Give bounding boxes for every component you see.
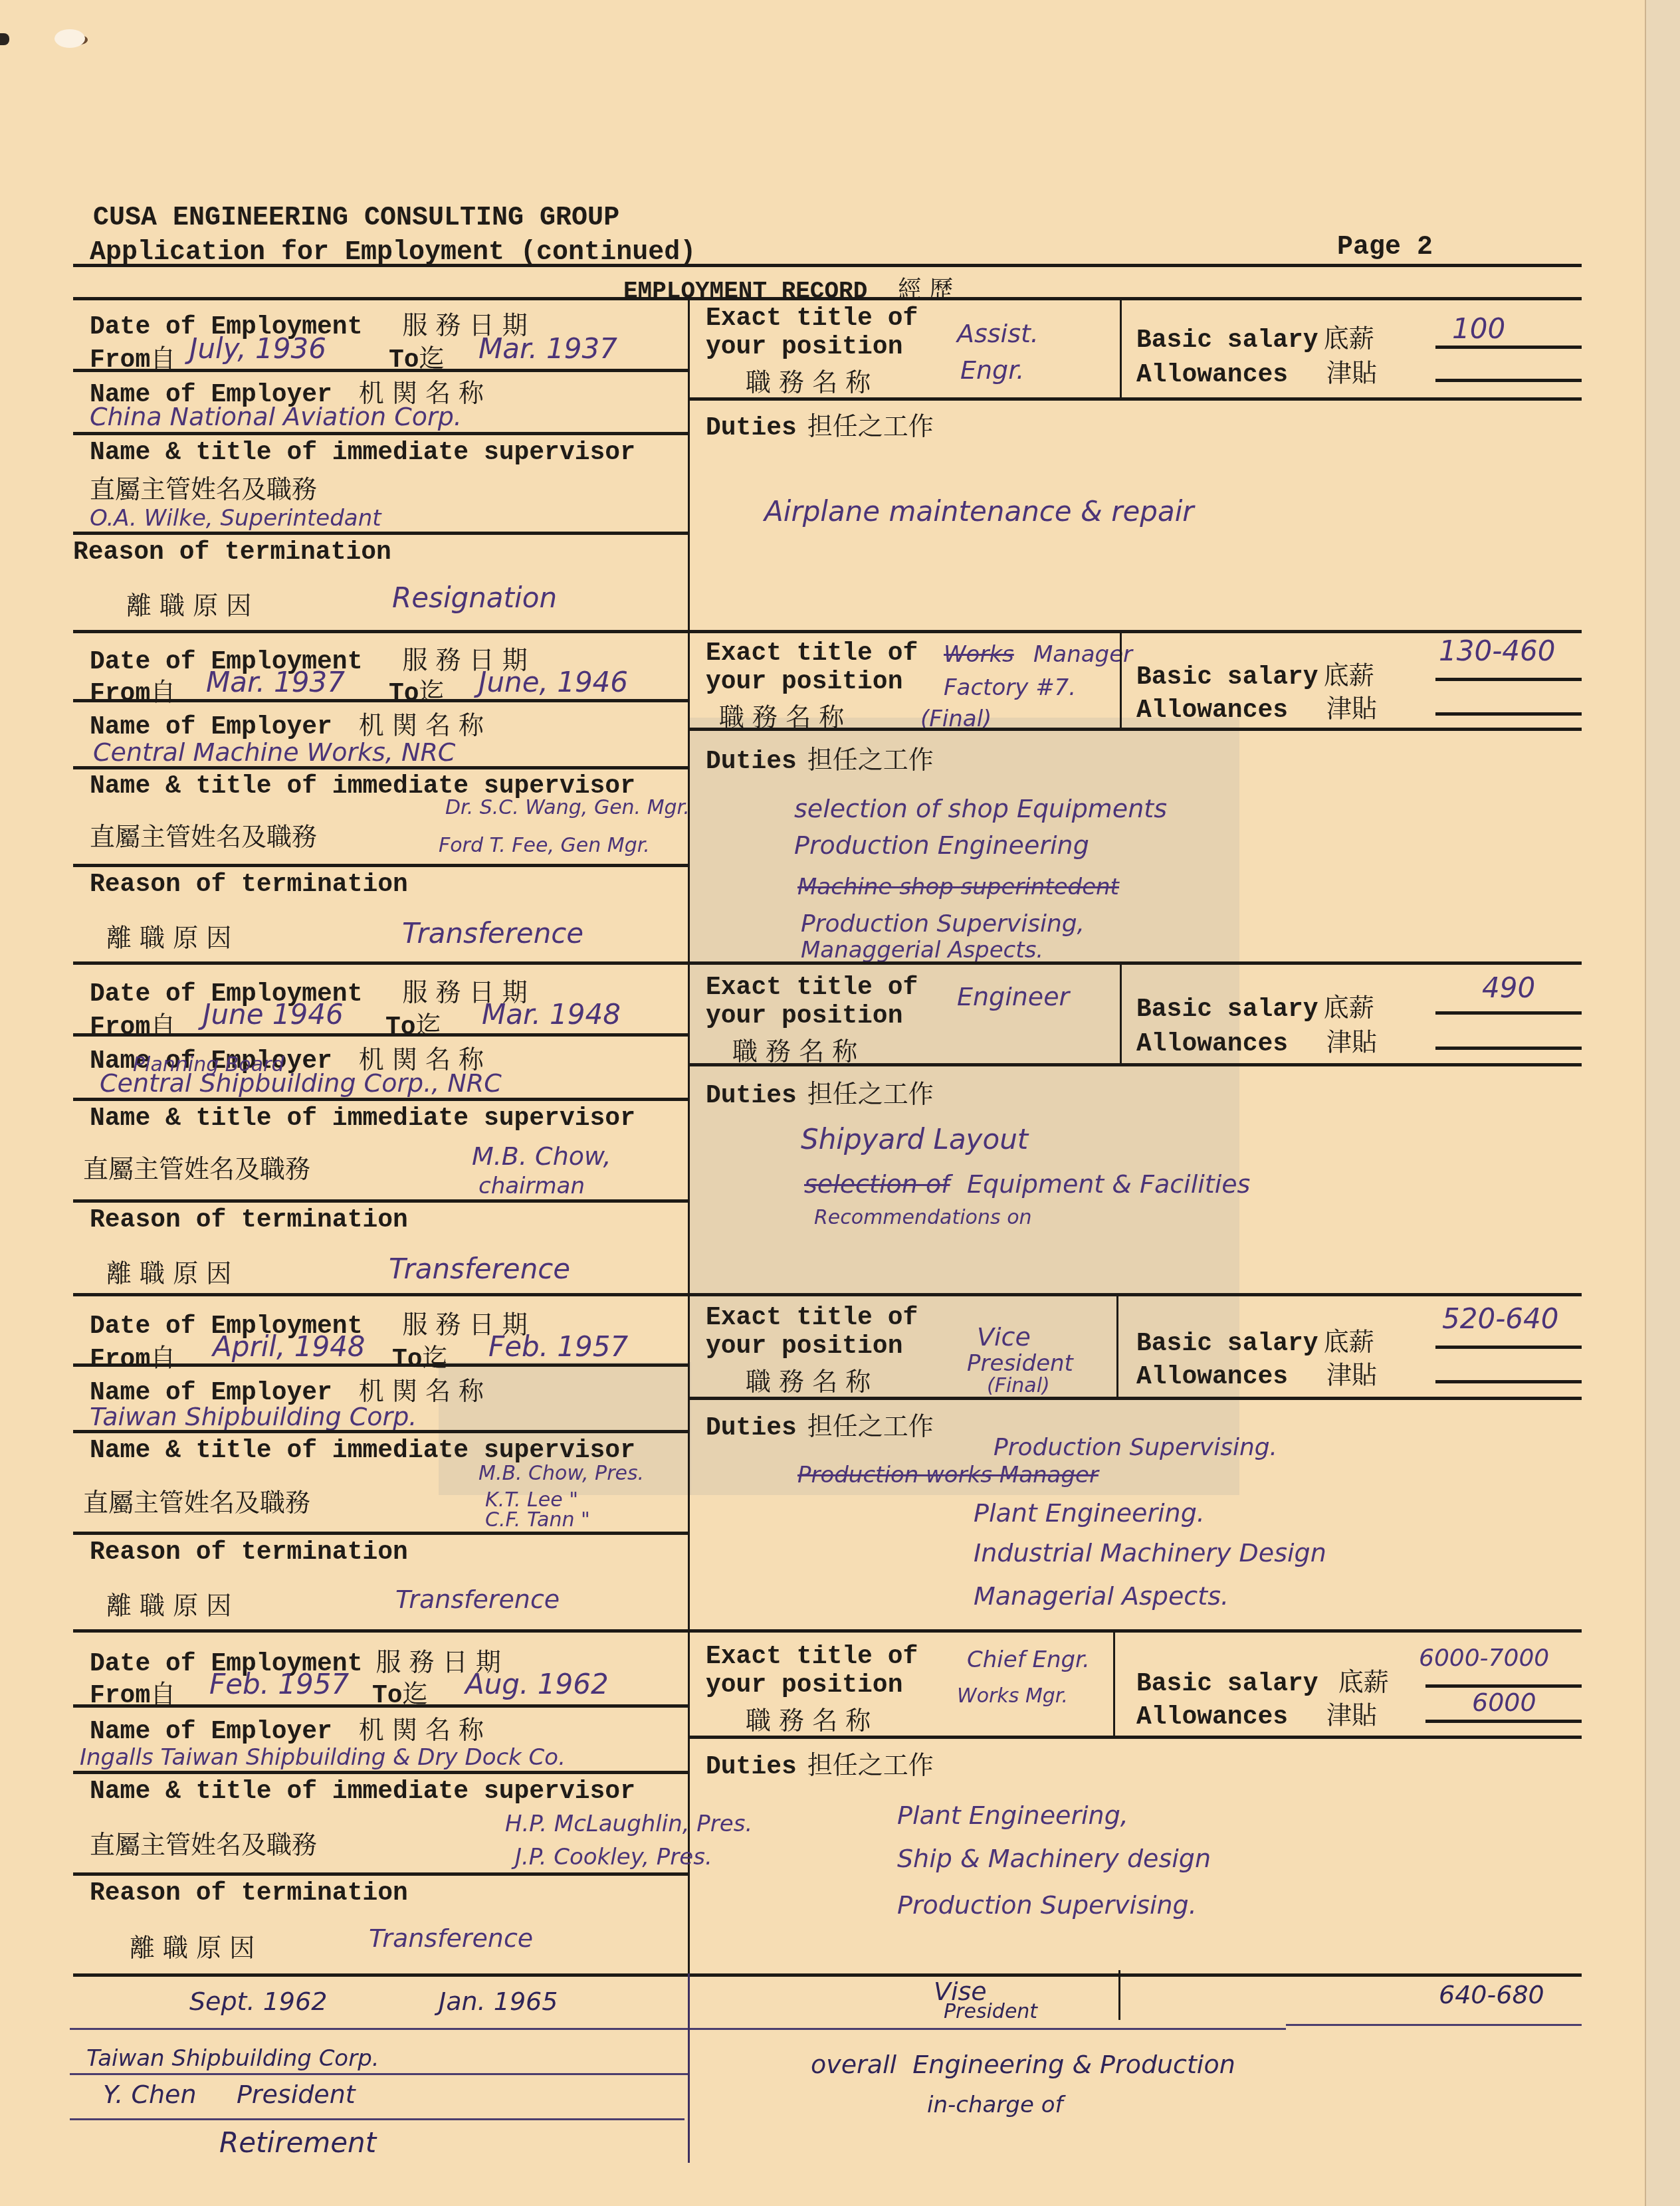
basic-salary-value: 100 <box>1452 312 1505 345</box>
supervisor-value: H.P. McLaughlin, Pres. <box>505 1811 752 1837</box>
row-rule <box>73 1033 688 1037</box>
duty-item-struck: Machine shop superintedent <box>797 874 1119 900</box>
to-date: Aug. 1962 <box>465 1668 609 1700</box>
row-rule <box>73 699 688 702</box>
reason-value: Resignation <box>392 581 557 614</box>
supervisor-value: M.B. Chow, Pres. <box>478 1462 644 1485</box>
to-date: Mar. 1937 <box>478 332 617 365</box>
section-title-rule <box>73 297 1582 300</box>
ink-rule <box>1286 2024 1582 2026</box>
cell-divider <box>1120 963 1122 1063</box>
duty-item: Plant Engineering. <box>974 1498 1205 1528</box>
salary-rule <box>1435 346 1582 349</box>
record-separator <box>73 1629 1582 1633</box>
allowances-label: Allowances津貼 <box>1136 352 1377 389</box>
addendum-employer: Taiwan Shipbuilding Corp. <box>86 2045 379 2072</box>
reason-value: Transference <box>389 1253 570 1285</box>
supervisor-label: Name & title of immediate supervisor <box>90 1104 635 1133</box>
to-label: To迄 <box>392 1337 448 1374</box>
row-rule <box>73 1430 688 1433</box>
salary-rule <box>1435 1011 1582 1015</box>
addendum-reason: Retirement <box>219 2126 376 2159</box>
reason-label: Reason of termination <box>90 1879 408 1908</box>
supervisor-label: Name & title of immediate supervisor <box>90 439 635 467</box>
basic-salary-value: 130-460 <box>1439 635 1556 667</box>
basic-salary-value: 520-640 <box>1442 1302 1559 1335</box>
duties-label: Duties担任之工作 <box>706 739 934 776</box>
duty-item: selection of shop Equipments <box>794 794 1167 823</box>
header-rule <box>73 264 1582 267</box>
basic-salary-value: 490 <box>1482 971 1535 1004</box>
duty-item-struck: selection of <box>804 1169 950 1199</box>
from-date: July, 1936 <box>189 332 326 365</box>
duty-item: Airplane maintenance & repair <box>764 495 1194 528</box>
cell-divider <box>1113 1631 1115 1738</box>
supervisor-label-zh: 直屬主管姓名及職務 <box>83 1482 310 1518</box>
row-rule <box>688 1063 1582 1066</box>
to-date: June, 1946 <box>478 666 628 698</box>
row-rule <box>688 397 1582 401</box>
basic-salary-label: Basic salary底薪 <box>1136 1321 1374 1358</box>
from-label: From自 <box>90 671 175 708</box>
title-value-line-1: Manager <box>1033 641 1132 668</box>
salary-rule <box>1435 678 1582 681</box>
row-rule <box>688 1397 1582 1400</box>
row-rule <box>73 1872 688 1876</box>
allowance-rule <box>1435 1380 1582 1383</box>
title-label: Exact title ofyour position職 務 名 称 <box>706 1643 918 1736</box>
to-date: Mar. 1948 <box>482 998 621 1031</box>
to-date: Feb. 1957 <box>488 1330 628 1363</box>
reason-label-zh: 離 職 原 因 <box>106 1585 231 1621</box>
to-label: To迄 <box>389 671 445 708</box>
allowances-label: Allowances津貼 <box>1136 1694 1377 1732</box>
reason-label: Reason of termination <box>90 1538 408 1567</box>
duty-item: Shipyard Layout <box>801 1123 1028 1155</box>
duties-label: Duties担任之工作 <box>706 1744 934 1781</box>
duty-item: Recommendations on <box>814 1206 1032 1229</box>
title-value-line-1: Chief Engr. <box>967 1647 1090 1673</box>
supervisor-value: J.P. Cookley, Pres. <box>515 1844 712 1870</box>
addendum-duties: overall Engineering & Production <box>811 2050 1235 2079</box>
duty-item: Plant Engineering, <box>897 1801 1128 1830</box>
from-date: Mar. 1937 <box>206 666 345 698</box>
addendum-duties-note: in-charge of <box>927 2092 1063 2118</box>
punch-hole <box>0 33 9 45</box>
allowances-label: Allowances津貼 <box>1136 1354 1377 1391</box>
duty-item: Industrial Machinery Design <box>974 1538 1326 1567</box>
addendum-supervisor: Y. Chen President <box>103 2080 356 2109</box>
from-date: June 1946 <box>203 998 344 1031</box>
ink-rule <box>70 2073 688 2075</box>
from-date: Feb. 1957 <box>209 1668 349 1700</box>
title-struck: Works <box>944 641 1014 668</box>
supervisor-label-zh: 直屬主管姓名及職務 <box>90 816 317 852</box>
employer-value: Central Shipbuilding Corp., NRC <box>100 1068 502 1098</box>
allowances-value: 6000 <box>1472 1688 1536 1717</box>
title-value-line-2: President <box>967 1350 1073 1377</box>
supervisor-label: Name & title of immediate supervisor <box>90 1777 635 1806</box>
employer-value: Ingalls Taiwan Shipbuilding & Dry Dock C… <box>80 1744 566 1771</box>
title-label: Exact title ofyour position職 務 名 称 <box>706 639 918 733</box>
duty-item: Production Supervising. <box>994 1434 1277 1461</box>
duty-item: Equipment & Facilities <box>967 1169 1250 1199</box>
supervisor-value: O.A. Wilke, Superintedant <box>90 505 381 532</box>
record-separator <box>73 630 1582 633</box>
row-rule <box>73 1771 688 1774</box>
title-value-line-3: (Final) <box>987 1374 1050 1397</box>
duty-item: Ship & Machinery design <box>897 1844 1211 1873</box>
supervisor-value: Ford T. Fee, Gen Mgr. <box>439 834 650 857</box>
reason-label-zh: 離 職 原 因 <box>130 1927 255 1963</box>
ink-rule <box>70 2118 684 2120</box>
record-separator <box>73 961 1582 965</box>
duty-item-struck: Production works Manager <box>797 1462 1099 1488</box>
duty-item: Production Supervising, <box>801 910 1085 938</box>
row-rule <box>73 1704 688 1708</box>
company-name: CUSA ENGINEERING CONSULTING GROUP <box>93 203 619 233</box>
row-rule <box>688 728 1582 731</box>
supervisor-value: M.B. Chow, <box>472 1142 611 1171</box>
reason-label: Reason of termination <box>73 538 391 567</box>
reason-value: Transference <box>369 1924 533 1953</box>
paper-tear <box>54 29 85 48</box>
title-label: Exact title ofyour position職 務 名 称 <box>706 973 918 1067</box>
allowance-rule <box>1435 1047 1582 1050</box>
duty-item: Managgerial Aspects. <box>801 937 1043 963</box>
employer-label: Name of Employer机 関 名 称 <box>90 1709 484 1746</box>
record-separator <box>73 1973 1582 1977</box>
cell-divider <box>1120 631 1122 731</box>
employer-value: China National Aviation Corp. <box>90 402 462 431</box>
supervisor-label-zh: 直屬主管姓名及職務 <box>83 1148 310 1185</box>
cell-divider <box>1118 1970 1120 2020</box>
basic-salary-value: 6000-7000 <box>1419 1645 1549 1672</box>
ink-rule <box>70 2028 1286 2030</box>
row-rule <box>73 1363 688 1367</box>
ink-column-divider <box>688 1973 690 2163</box>
allowance-rule <box>1435 712 1582 716</box>
cell-divider <box>1120 299 1122 399</box>
supervisor-label-zh: 直屬主管姓名及職務 <box>90 1824 317 1860</box>
reason-label-zh: 離 職 原 因 <box>126 585 251 621</box>
duties-label: Duties担任之工作 <box>706 1073 934 1110</box>
row-rule <box>73 1532 688 1535</box>
title-value-line-1: Engineer <box>957 982 1069 1011</box>
record-separator <box>73 1293 1582 1296</box>
section-title-en: EMPLOYMENT RECORD <box>623 278 867 305</box>
employer-value: Taiwan Shipbuilding Corp. <box>90 1402 417 1431</box>
reason-label-zh: 離 職 原 因 <box>106 917 231 953</box>
supervisor-label-zh: 直屬主管姓名及職務 <box>90 468 317 505</box>
title-label: Exact title ofyour position職 務 名 称 <box>706 304 918 398</box>
title-value-line-2: Engr. <box>960 355 1024 385</box>
title-value-line-1: Assist. <box>957 319 1039 348</box>
reason-label-zh: 離 職 原 因 <box>106 1253 231 1289</box>
reason-value: Transference <box>395 1585 560 1614</box>
row-rule <box>73 432 688 435</box>
supervisor-value: C.F. Tann " <box>485 1508 590 1532</box>
duties-label: Duties担任之工作 <box>706 405 934 443</box>
page-number: Page 2 <box>1337 233 1433 262</box>
duty-item: Managerial Aspects. <box>974 1581 1229 1611</box>
supervisor-value: Dr. S.C. Wang, Gen. Mgr. <box>445 796 690 819</box>
duties-label: Duties担任之工作 <box>706 1405 934 1443</box>
duty-item: Production Engineering <box>794 831 1089 860</box>
duty-item: Production Supervising. <box>897 1890 1197 1920</box>
basic-salary-label: Basic salary底薪 <box>1136 654 1374 692</box>
from-date: April, 1948 <box>213 1330 366 1363</box>
addendum-title-line-2: President <box>944 2000 1037 2023</box>
addendum-salary: 640-680 <box>1439 1980 1544 2009</box>
cell-divider <box>1116 1296 1118 1399</box>
title-value-line-2: Works Mgr. <box>957 1684 1068 1708</box>
row-rule <box>73 864 688 867</box>
row-rule <box>688 1736 1582 1739</box>
reason-value: Transference <box>402 917 583 950</box>
adjacent-page-edge <box>1645 0 1680 2206</box>
supervisor-value: chairman <box>478 1173 585 1199</box>
supervisor-label: Name & title of immediate supervisor <box>90 1437 635 1465</box>
reason-label: Reason of termination <box>90 870 408 899</box>
salary-rule <box>1435 1346 1582 1349</box>
row-rule <box>73 532 688 535</box>
allowances-label: Allowances津貼 <box>1136 1021 1377 1058</box>
basic-salary-label: Basic salary底薪 <box>1136 1661 1389 1698</box>
row-rule <box>73 1098 688 1101</box>
addendum-from-date: Sept. 1962 <box>189 1987 327 2016</box>
from-label: From自 <box>90 1337 175 1374</box>
allowances-label: Allowances津貼 <box>1136 688 1377 725</box>
title-value-line-2: Factory #7. <box>944 674 1076 701</box>
basic-salary-label: Basic salary底薪 <box>1136 318 1374 355</box>
employer-value: Central Machine Works, NRC <box>93 738 455 767</box>
row-rule <box>73 766 688 769</box>
row-rule <box>73 1199 688 1203</box>
addendum-to-date: Jan. 1965 <box>439 1987 558 2016</box>
employer-label: Name of Employer机 関 名 称 <box>90 704 484 742</box>
title-value-line-1: Vice <box>977 1322 1031 1352</box>
title-label: Exact title ofyour position職 務 名 称 <box>706 1304 918 1397</box>
allowance-rule <box>1425 1720 1582 1723</box>
reason-label: Reason of termination <box>90 1206 408 1235</box>
allowance-rule <box>1435 379 1582 382</box>
basic-salary-label: Basic salary底薪 <box>1136 987 1374 1024</box>
column-divider <box>688 299 690 1973</box>
